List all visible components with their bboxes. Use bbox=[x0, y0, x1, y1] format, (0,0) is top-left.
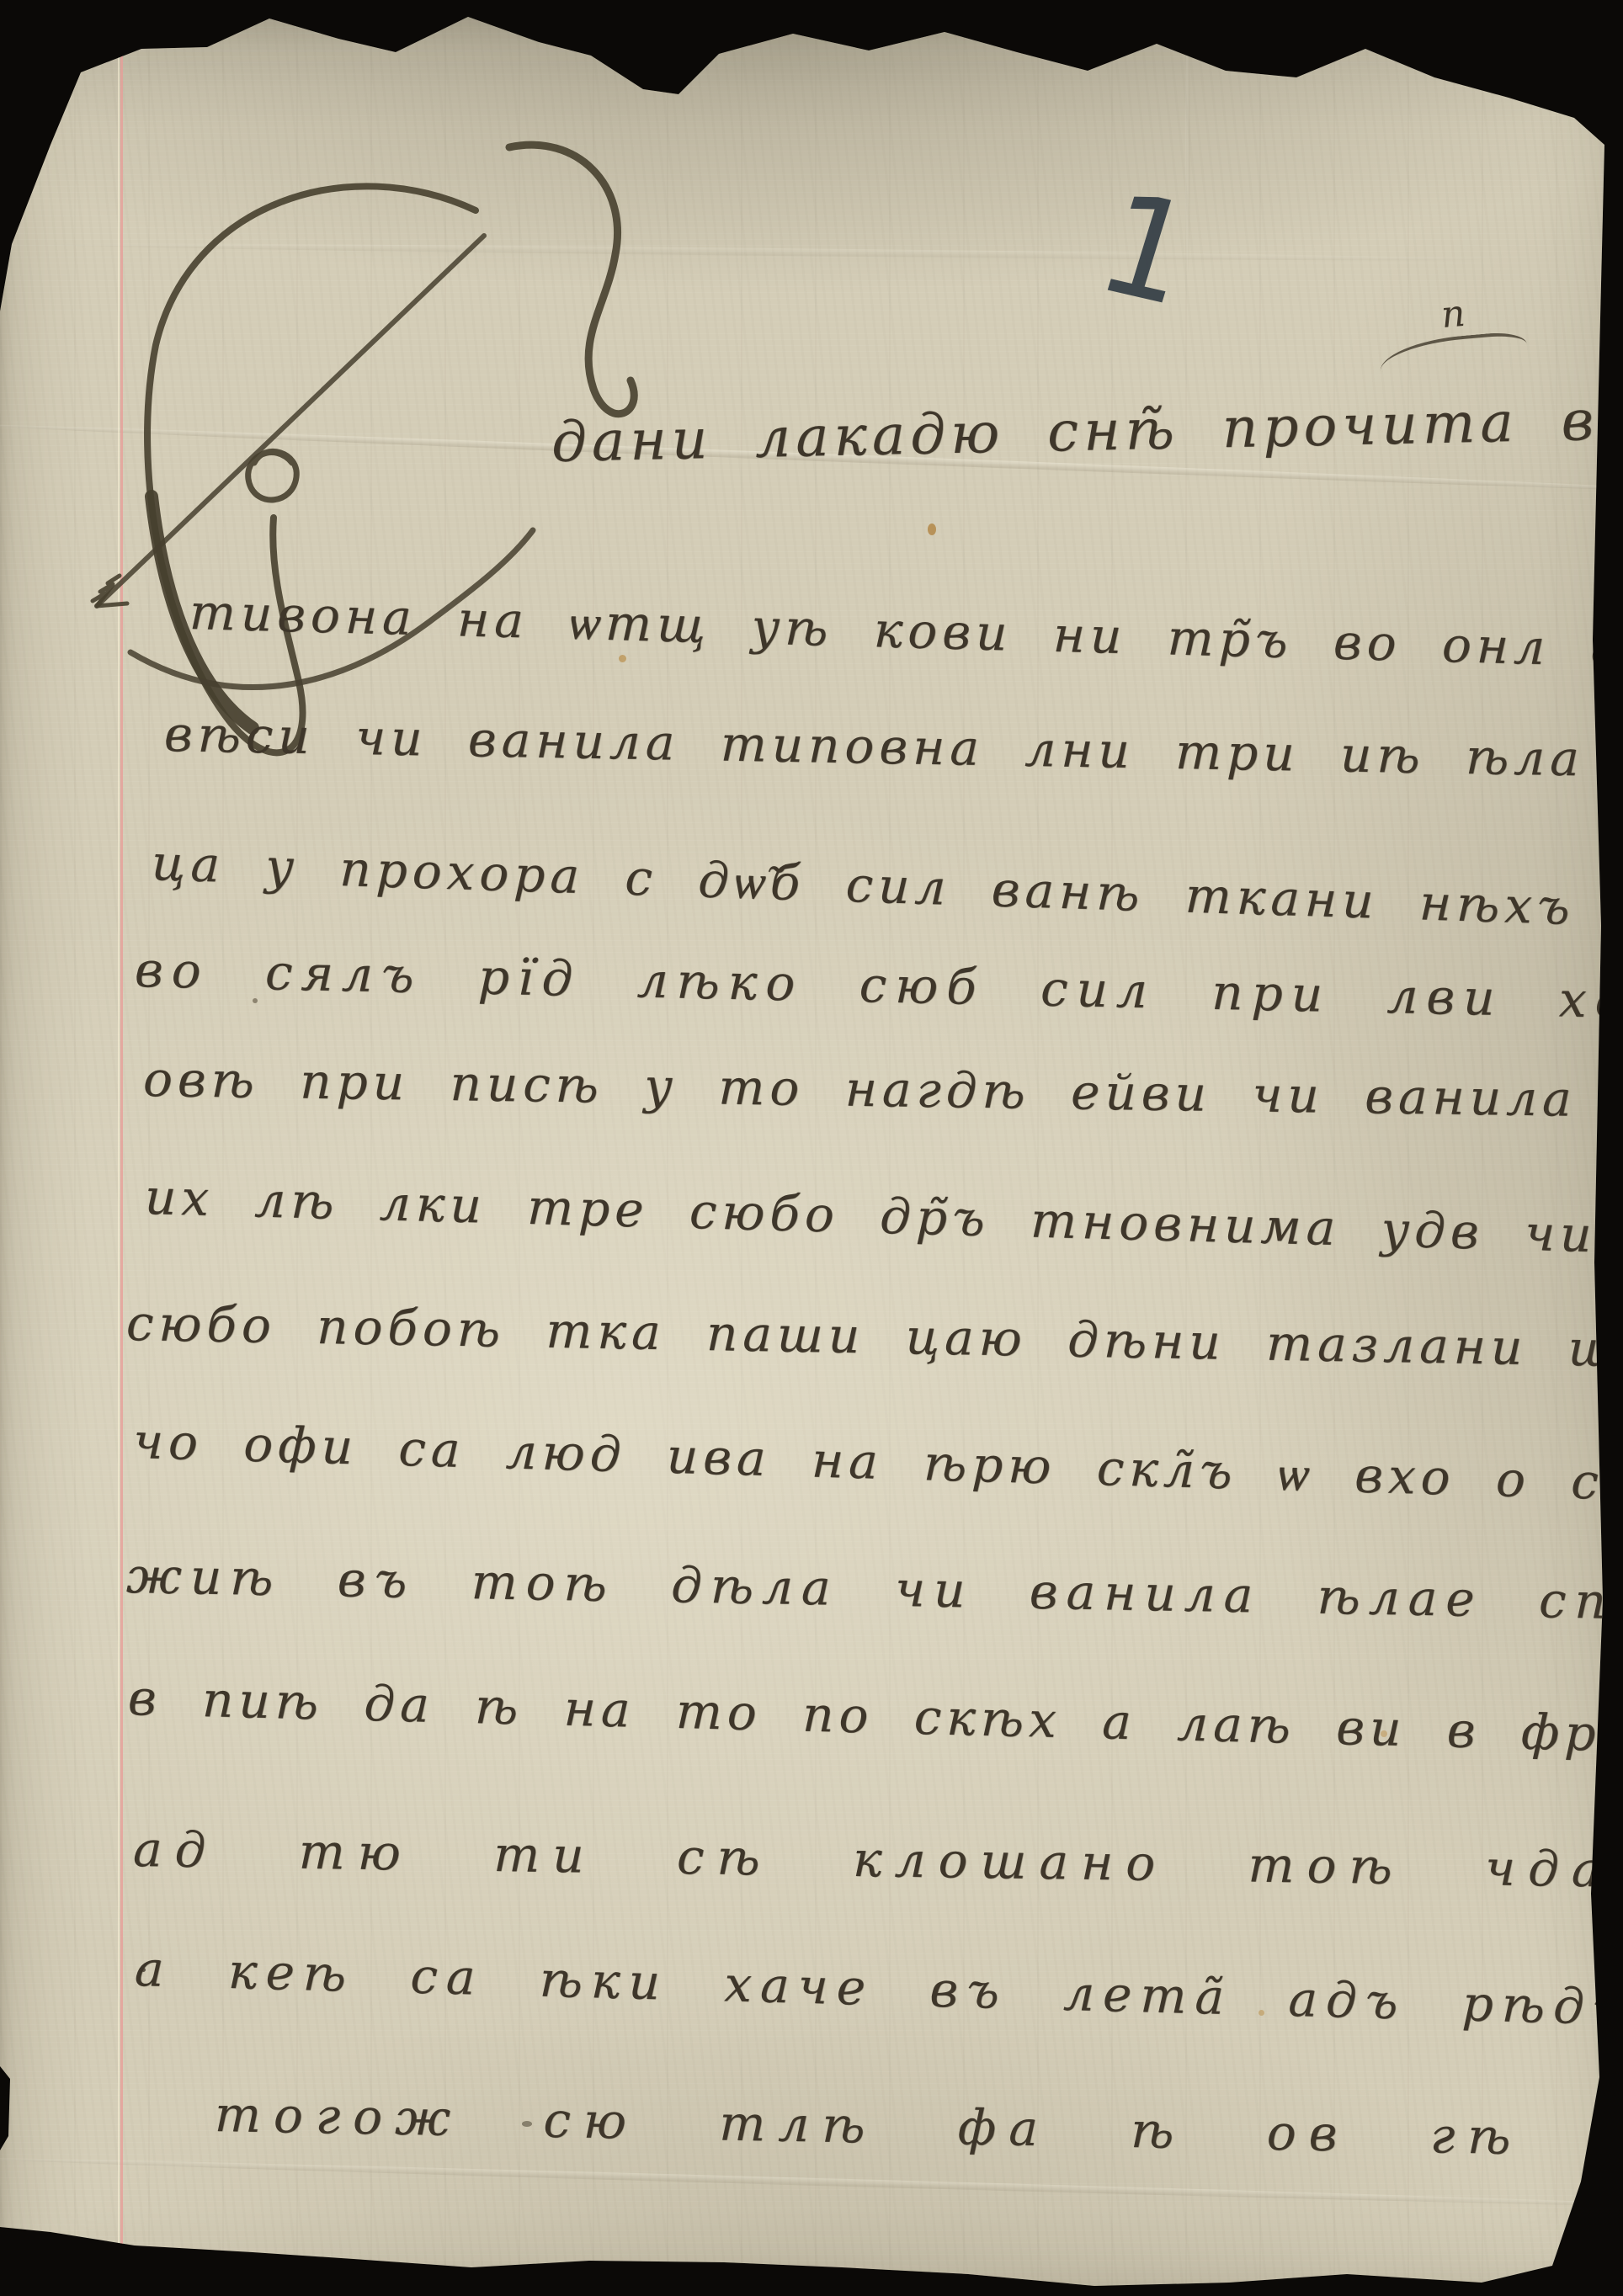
foxing-speck bbox=[928, 524, 936, 535]
foxing-speck bbox=[522, 2121, 532, 2127]
foxing-speck bbox=[1258, 2010, 1264, 2016]
superscript-mark: п bbox=[1439, 292, 1467, 337]
foxing-speck bbox=[253, 998, 258, 1003]
document-scan: дани лакадю снѣ̃ прочита ви ейт тивона н… bbox=[0, 0, 1623, 2296]
foxing-speck bbox=[1381, 1730, 1387, 1737]
manuscript-page: дани лакадю снѣ̃ прочита ви ейт тивона н… bbox=[0, 0, 1623, 2296]
ink-speck bbox=[141, 1968, 146, 1972]
foxing-speck bbox=[619, 655, 626, 662]
